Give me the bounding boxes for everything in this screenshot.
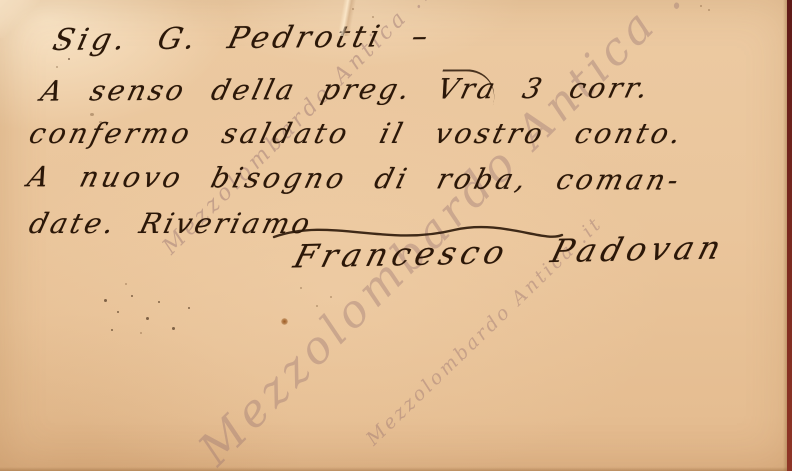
handwriting-line-3: confermo saldato il vostro conto.: [26, 117, 688, 150]
postcard-scan: Mezzolombardo Antica .it Mezzolombardo A…: [0, 0, 792, 471]
ink-speck: [111, 329, 113, 331]
scan-edge-strip: [787, 0, 792, 471]
ink-speck: [56, 66, 58, 68]
handwriting-line-salutation: Sig. G. Pedrotti –: [49, 19, 435, 58]
ink-speck: [172, 327, 175, 330]
ink-speck: [330, 296, 332, 298]
ink-speck: [708, 9, 710, 11]
ink-speck: [158, 301, 160, 303]
ink-speck: [146, 317, 149, 320]
ink-speck: [125, 283, 127, 285]
ink-speck: [104, 299, 107, 302]
ink-speck: [316, 305, 318, 307]
handwriting-line-2: A senso della preg. Vra 3 corr.: [38, 71, 655, 107]
line2-post: 3 corr.: [493, 71, 654, 105]
ink-speck: [140, 332, 142, 334]
bottom-edge-shadow: [0, 467, 792, 471]
ink-speck: [131, 295, 133, 297]
ink-speck: [188, 307, 190, 309]
corner-fold-highlight: [0, 0, 40, 38]
ink-speck: [700, 5, 702, 7]
line2-pre: A senso della preg.: [38, 73, 442, 108]
ink-speck: [300, 287, 302, 289]
line2-overlined-word: Vra: [434, 69, 502, 105]
ink-smudge: [90, 113, 94, 116]
top-crease: [330, 0, 360, 36]
ink-speck: [117, 311, 119, 313]
ink-speck: [60, 44, 62, 46]
paper-stain: [281, 318, 288, 325]
pen-flourish: [268, 213, 568, 259]
ink-speck: [68, 58, 70, 60]
ink-speck: [372, 16, 374, 18]
handwriting-line-4: A nuovo bisogno di roba, coman-: [24, 160, 685, 196]
ink-smudge: [99, 121, 102, 123]
